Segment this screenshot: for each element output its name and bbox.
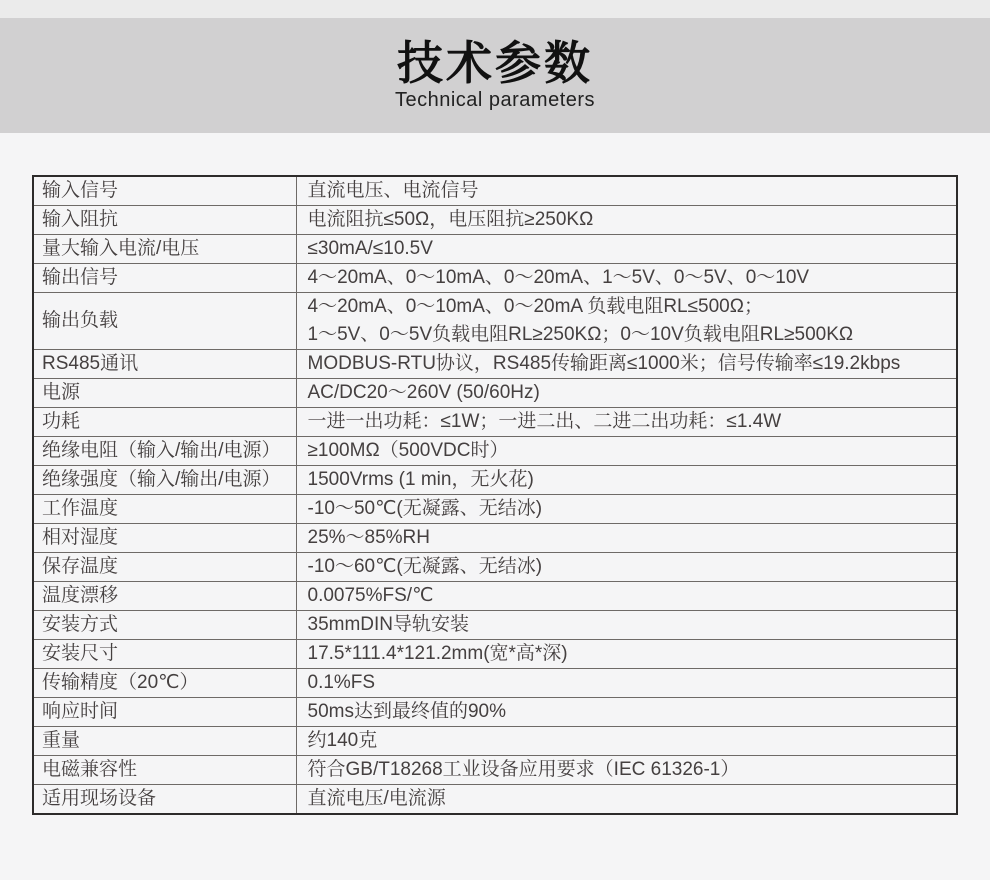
table-row: 绝缘电阻（输入/输出/电源） ≥100MΩ（500VDC时）	[33, 437, 957, 466]
param-label: 电源	[33, 379, 296, 408]
param-label: 输出负载	[33, 293, 296, 350]
table-row: 安装尺寸 17.5*111.4*121.2mm(宽*高*深)	[33, 640, 957, 669]
page-title: 技术参数	[397, 39, 593, 87]
param-label: 功耗	[33, 408, 296, 437]
param-value: 35mmDIN导轨安装	[296, 611, 957, 640]
table-row: 安装方式 35mmDIN导轨安装	[33, 611, 957, 640]
param-value: 符合GB/T18268工业设备应用要求（IEC 61326-1）	[296, 756, 957, 785]
param-value: 直流电压、电流信号	[296, 176, 957, 206]
param-label: 温度漂移	[33, 582, 296, 611]
param-label: 适用现场设备	[33, 785, 296, 815]
param-value: -10～50℃(无凝露、无结冰)	[296, 495, 957, 524]
param-value: 0.1%FS	[296, 669, 957, 698]
param-value: 25%～85%RH	[296, 524, 957, 553]
param-value: -10～60℃(无凝露、无结冰)	[296, 553, 957, 582]
page: 技术参数 Technical parameters 输入信号 直流电压、电流信号…	[0, 0, 990, 880]
param-label: RS485通讯	[33, 350, 296, 379]
param-value: ≥100MΩ（500VDC时）	[296, 437, 957, 466]
top-strip	[0, 0, 990, 18]
table-row: 电磁兼容性 符合GB/T18268工业设备应用要求（IEC 61326-1）	[33, 756, 957, 785]
page-subtitle: Technical parameters	[395, 89, 595, 112]
table-row: 温度漂移 0.0075%FS/℃	[33, 582, 957, 611]
param-label: 输入信号	[33, 176, 296, 206]
param-value: 17.5*111.4*121.2mm(宽*高*深)	[296, 640, 957, 669]
param-label: 重量	[33, 727, 296, 756]
spec-table: 输入信号 直流电压、电流信号 输入阻抗 电流阻抗≤50Ω，电压阻抗≥250KΩ …	[32, 175, 958, 815]
param-label: 保存温度	[33, 553, 296, 582]
param-value: 约140克	[296, 727, 957, 756]
param-value: AC/DC20～260V (50/60Hz)	[296, 379, 957, 408]
table-row: RS485通讯 MODBUS-RTU协议，RS485传输距离≤1000米；信号传…	[33, 350, 957, 379]
param-label: 电磁兼容性	[33, 756, 296, 785]
param-label: 工作温度	[33, 495, 296, 524]
table-row: 输入阻抗 电流阻抗≤50Ω，电压阻抗≥250KΩ	[33, 206, 957, 235]
param-value: 4～20mA、0～10mA、0～20mA、1～5V、0～5V、0～10V	[296, 264, 957, 293]
param-value: 1500Vrms (1 min，无火花)	[296, 466, 957, 495]
table-row: 输出负载 4～20mA、0～10mA、0～20mA 负载电阻RL≤500Ω； 1…	[33, 293, 957, 350]
table-row: 功耗 一进一出功耗：≤1W；一进二出、二进二出功耗：≤1.4W	[33, 408, 957, 437]
table-row: 量大输入电流/电压 ≤30mA/≤10.5V	[33, 235, 957, 264]
table-row: 工作温度 -10～50℃(无凝露、无结冰)	[33, 495, 957, 524]
table-row: 重量 约140克	[33, 727, 957, 756]
param-label: 相对湿度	[33, 524, 296, 553]
param-value: 0.0075%FS/℃	[296, 582, 957, 611]
table-row: 相对湿度 25%～85%RH	[33, 524, 957, 553]
param-value: 一进一出功耗：≤1W；一进二出、二进二出功耗：≤1.4W	[296, 408, 957, 437]
header-band: 技术参数 Technical parameters	[0, 18, 990, 133]
param-label: 量大输入电流/电压	[33, 235, 296, 264]
table-row: 输入信号 直流电压、电流信号	[33, 176, 957, 206]
table-row: 响应时间 50ms达到最终值的90%	[33, 698, 957, 727]
param-label: 输入阻抗	[33, 206, 296, 235]
param-value: 直流电压/电流源	[296, 785, 957, 815]
param-value: 50ms达到最终值的90%	[296, 698, 957, 727]
param-label: 安装方式	[33, 611, 296, 640]
param-label: 传输精度（20℃）	[33, 669, 296, 698]
table-row: 传输精度（20℃） 0.1%FS	[33, 669, 957, 698]
table-row: 适用现场设备 直流电压/电流源	[33, 785, 957, 815]
table-row: 输出信号 4～20mA、0～10mA、0～20mA、1～5V、0～5V、0～10…	[33, 264, 957, 293]
param-value: ≤30mA/≤10.5V	[296, 235, 957, 264]
param-label: 绝缘强度（输入/输出/电源）	[33, 466, 296, 495]
param-label: 响应时间	[33, 698, 296, 727]
param-label: 绝缘电阻（输入/输出/电源）	[33, 437, 296, 466]
param-label: 输出信号	[33, 264, 296, 293]
table-row: 保存温度 -10～60℃(无凝露、无结冰)	[33, 553, 957, 582]
table-row: 绝缘强度（输入/输出/电源） 1500Vrms (1 min，无火花)	[33, 466, 957, 495]
param-value: 4～20mA、0～10mA、0～20mA 负载电阻RL≤500Ω； 1～5V、0…	[296, 293, 957, 350]
param-label: 安装尺寸	[33, 640, 296, 669]
table-row: 电源 AC/DC20～260V (50/60Hz)	[33, 379, 957, 408]
param-value: 电流阻抗≤50Ω，电压阻抗≥250KΩ	[296, 206, 957, 235]
param-value: MODBUS-RTU协议，RS485传输距离≤1000米；信号传输率≤19.2k…	[296, 350, 957, 379]
